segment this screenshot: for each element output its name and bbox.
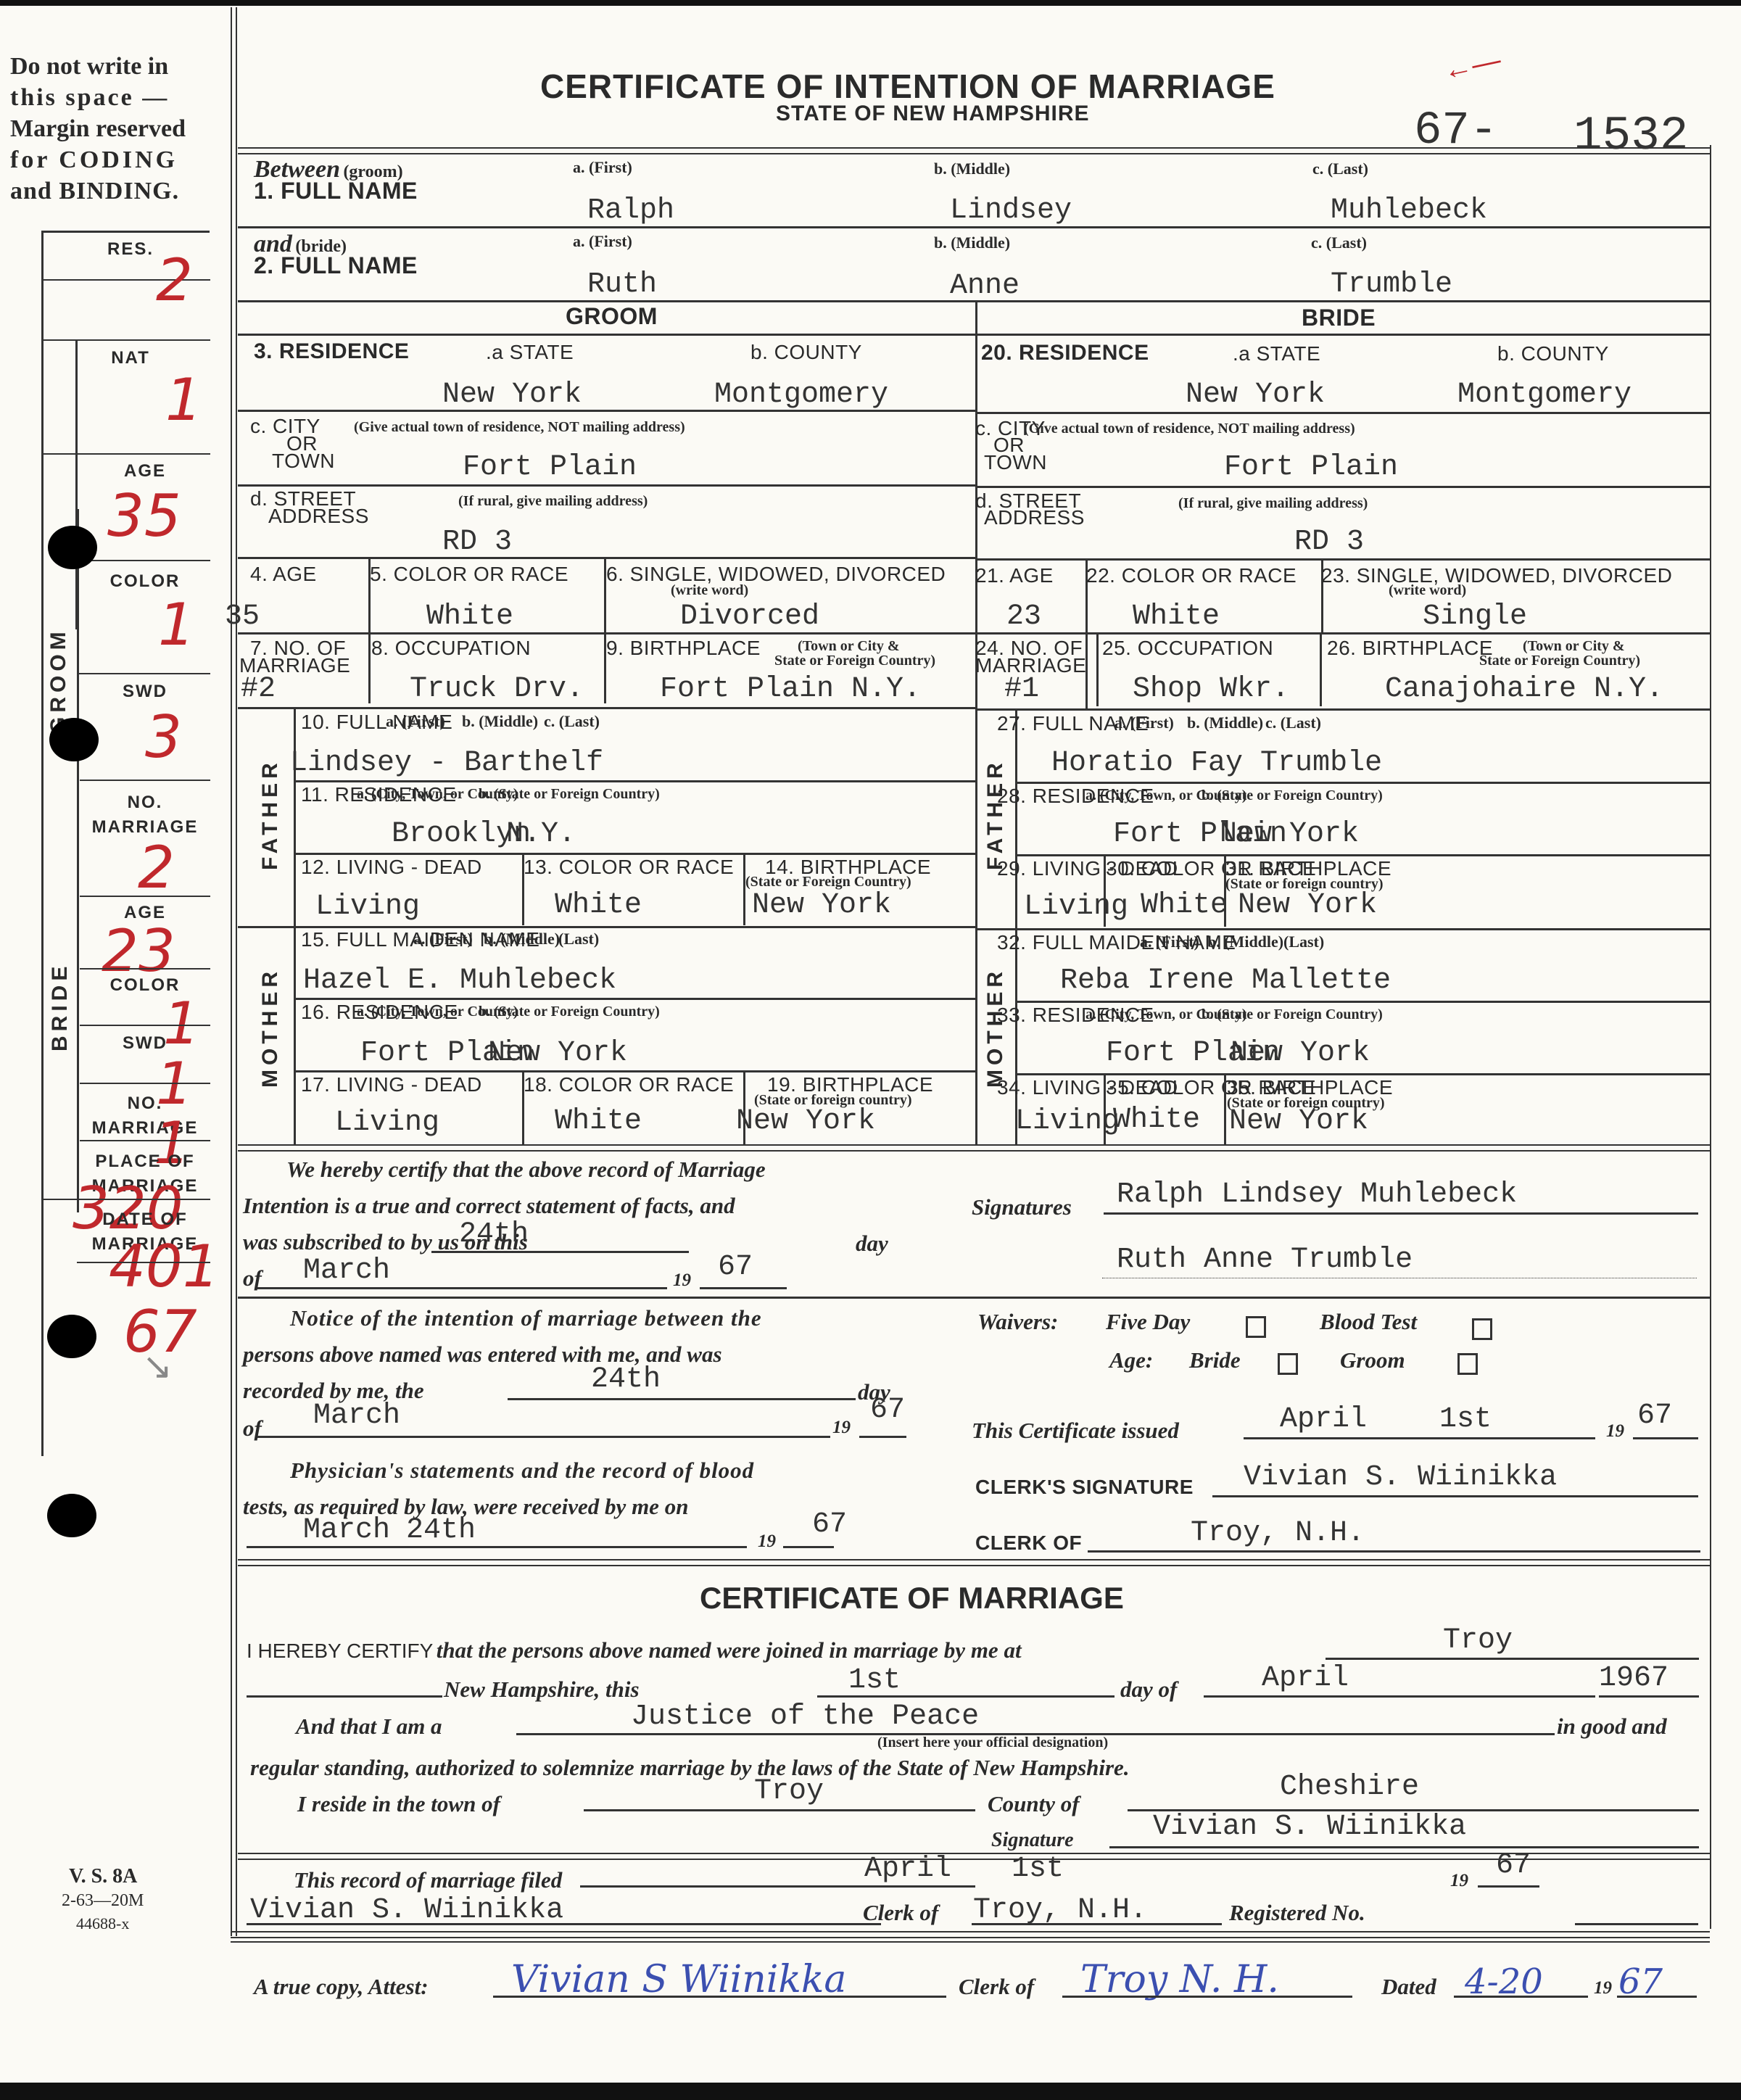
residence-b-label: b. (State or Foreign Country) — [1202, 1006, 1383, 1023]
fill-line — [1088, 1550, 1700, 1553]
issuance-month: April — [1280, 1403, 1367, 1436]
section-rule — [231, 1941, 1710, 1943]
issuance-text: 19 — [1606, 1421, 1624, 1442]
coding-label-groom-color: COLOR — [73, 571, 218, 592]
certification-text: 19 — [673, 1270, 691, 1291]
first-label: a. (First) — [1115, 714, 1174, 732]
bride-age-label: 21. AGE — [975, 564, 1054, 587]
groom-occupation-label: 8. OCCUPATION — [371, 637, 531, 660]
middle-label: b. (Middle) — [1207, 933, 1283, 951]
bride-residence-state: New York — [1186, 379, 1325, 411]
row-rule — [238, 632, 977, 634]
fill-line — [1204, 1695, 1595, 1698]
coding-label-bride-swd: SWD — [73, 1033, 218, 1054]
filing-clerk-town: Troy, N.H. — [973, 1894, 1147, 1927]
marriage-place: Troy — [1443, 1624, 1513, 1657]
residence-b-label: b. (State or Foreign Country) — [479, 1004, 660, 1020]
notice-day: 24th — [591, 1363, 661, 1396]
waiver-groom-label: Groom — [1340, 1347, 1405, 1373]
groom-race: White — [426, 600, 513, 633]
row-rule — [1015, 782, 1710, 784]
row-rule — [238, 557, 977, 559]
attest-dated-label: Dated — [1381, 1974, 1436, 2000]
row-rule — [294, 853, 977, 855]
groom-residence-county: Montgomery — [714, 379, 888, 411]
row-rule — [238, 226, 1710, 228]
signature-line — [493, 1996, 946, 1998]
check-mark-icon: ↘ — [142, 1345, 173, 1387]
fill-line — [257, 1436, 830, 1438]
fill-line — [1617, 1996, 1697, 1998]
waiver-bride-checkbox[interactable] — [1278, 1353, 1298, 1375]
first-label: a. (First) — [386, 712, 445, 731]
groom-race-label: 5. COLOR OR RACE — [370, 563, 568, 586]
fill-line — [972, 1923, 1222, 1925]
notice-text: 19 — [832, 1418, 851, 1438]
marriage-cert-text: that the persons above named were joined… — [437, 1637, 1022, 1663]
fill-line — [783, 1546, 834, 1548]
filing-clerk-name: Vivian S. Wiinikka — [250, 1894, 563, 1927]
punch-hole — [49, 718, 99, 761]
physician-month: March — [303, 1514, 390, 1547]
bride-full-name-label: 2. FULL NAME — [254, 252, 418, 279]
fill-line — [247, 1546, 747, 1548]
groom-father-living: Living — [315, 890, 420, 923]
marriage-year: 1967 — [1599, 1662, 1668, 1695]
officiant-designation: Justice of the Peace — [631, 1700, 979, 1733]
bride-marital-status-label: 23. SINGLE, WIDOWED, DIVORCED — [1321, 564, 1672, 587]
street-note: (If rural, give mailing address) — [1178, 495, 1368, 512]
coding-label-groom-swd: SWD — [73, 682, 218, 702]
fill-line — [1454, 1996, 1588, 1998]
bride-occupation: Shop Wkr. — [1133, 673, 1289, 706]
form-code: V. S. 8A — [69, 1865, 137, 1888]
attest-signature: Vivian S Wiinikka — [511, 1958, 846, 2001]
signatures-label: Signatures — [972, 1194, 1072, 1220]
groom-mother-living: Living — [335, 1107, 439, 1139]
waiver-blood-test-checkbox[interactable] — [1472, 1318, 1492, 1340]
margin-bride-label: BRIDE — [48, 962, 73, 1051]
frame-border — [1710, 145, 1711, 1929]
cell-divider — [1096, 634, 1099, 706]
marriage-cert-text: in good and — [1557, 1714, 1667, 1740]
fill-line — [584, 1809, 975, 1811]
punch-hole — [48, 526, 97, 569]
bride-residence-county: Montgomery — [1457, 379, 1632, 411]
last-label: c. (Last) — [1265, 714, 1321, 732]
signature-line — [1102, 1278, 1697, 1280]
coding-value-groom-color: 1 — [158, 591, 195, 658]
cell-divider — [1320, 634, 1322, 706]
scan-top-edge — [0, 0, 1741, 6]
groom-street-address: RD 3 — [442, 526, 512, 558]
middle-label: b. (Middle) — [462, 712, 538, 731]
filing-label: This record of marriage filed — [294, 1867, 562, 1893]
margin-notice-line: Do not write in — [10, 51, 220, 82]
residence-b-label: b. (State or Foreign Country) — [479, 786, 660, 803]
last-label: (Last) — [558, 930, 599, 948]
fill-line — [1633, 1437, 1698, 1439]
filing-text: 19 — [1450, 1871, 1468, 1891]
margin-rule — [77, 673, 210, 674]
bride-first-name: Ruth — [587, 268, 657, 301]
page-subtitle: STATE OF NEW HAMPSHIRE — [776, 102, 1090, 126]
groom-mother-race: White — [555, 1105, 642, 1138]
bride-marital-status: Single — [1423, 600, 1527, 633]
city-note: (Give actual town of residence, NOT mail… — [354, 419, 685, 436]
clerk-of-label: CLERK OF — [975, 1531, 1082, 1555]
row-rule — [238, 300, 1710, 302]
groom-age-label: 4. AGE — [250, 563, 317, 586]
marriage-cert-text: I reside in the town of — [297, 1791, 500, 1817]
certification-month: March — [303, 1254, 390, 1287]
signature-line — [1109, 1846, 1699, 1848]
certification-text: Intention is a true and correct statemen… — [243, 1193, 735, 1219]
waivers-label: Waivers: — [977, 1309, 1058, 1335]
groom-father-race-label: 13. COLOR OR RACE — [524, 856, 734, 879]
page-title: CERTIFICATE OF INTENTION OF MARRIAGE — [540, 67, 1275, 106]
coding-value-groom-age: 35 — [107, 482, 181, 550]
clerk-signature-label: CLERK'S SIGNATURE — [975, 1476, 1194, 1499]
groom-mother-race-label: 18. COLOR OR RACE — [524, 1073, 734, 1096]
attest-text: 19 — [1594, 1978, 1612, 1998]
waiver-groom-checkbox[interactable] — [1457, 1353, 1478, 1375]
fill-line — [247, 1923, 881, 1925]
state-foreign-note: (State or Foreign Country) — [745, 874, 911, 890]
first-label: a. (First) — [1140, 933, 1199, 951]
coding-value-nat: 1 — [165, 366, 202, 434]
issuance-day: 1st — [1439, 1403, 1492, 1436]
section-rule — [238, 1144, 1710, 1152]
groom-marital-status: Divorced — [680, 600, 819, 633]
officiant-signature: Vivian S. Wiinikka — [1153, 1811, 1466, 1843]
groom-marital-status-label: 6. SINGLE, WIDOWED, DIVORCED — [606, 563, 946, 586]
fill-line — [1599, 1695, 1699, 1698]
coding-value-groom-swd: 3 — [145, 703, 182, 771]
fill-line — [257, 1287, 667, 1289]
groom-father-living-label: 12. LIVING - DEAD — [301, 856, 482, 879]
margin-notice-line: this space — — [10, 82, 220, 113]
row-rule — [977, 632, 1710, 634]
bride-mother-name-label: 32. FULL MAIDEN NAME — [997, 931, 1236, 954]
physician-day: 24th — [406, 1514, 476, 1547]
groom-father-label: FATHER — [258, 758, 283, 870]
waiver-age-label: Age: — [1109, 1347, 1153, 1373]
notice-year: 67 — [870, 1394, 905, 1426]
last-label: (Last) — [1283, 933, 1324, 951]
filing-year: 67 — [1496, 1849, 1531, 1882]
margin-rule — [77, 1262, 210, 1263]
filing-month: April — [864, 1853, 951, 1885]
first-label: a. (First) — [413, 930, 473, 948]
margin-notice-line: for CODING — [10, 144, 220, 175]
groom-last-name: Muhlebeck — [1331, 194, 1487, 227]
signature-line — [1104, 1212, 1698, 1215]
row-rule — [238, 484, 977, 487]
groom-age: 35 — [225, 600, 260, 633]
record-number: 1532 — [1573, 109, 1688, 163]
middle-label: b. (Middle) — [484, 930, 560, 948]
fill-line — [1326, 1658, 1699, 1660]
filing-clerk-of-label: Clerk of — [863, 1900, 938, 1926]
filing-day: 1st — [1012, 1853, 1064, 1885]
birthplace-note: State or Foreign Country) — [774, 653, 935, 669]
physician-year: 67 — [812, 1508, 847, 1541]
coding-label-nat: NAT — [58, 348, 203, 368]
row-rule — [294, 998, 977, 1000]
row-rule — [294, 780, 977, 782]
form-number: 44688-x — [76, 1914, 129, 1933]
groom-mother-name: Hazel E. Muhlebeck — [303, 964, 616, 997]
coding-value-res: 2 — [156, 247, 193, 314]
address-label: ADDRESS — [268, 505, 369, 528]
groom-first-name: Ralph — [587, 194, 674, 227]
marriage-certificate-title: CERTIFICATE OF MARRIAGE — [700, 1581, 1124, 1616]
row-rule — [1015, 854, 1710, 856]
certification-day: 24th — [459, 1218, 529, 1251]
waiver-five-day-checkbox[interactable] — [1246, 1316, 1266, 1338]
margin-notice-line: and BINDING. — [10, 175, 220, 207]
registered-number-label: Registered No. — [1229, 1900, 1365, 1926]
bride-last-name: Trumble — [1331, 268, 1452, 301]
officiant-county: Cheshire — [1280, 1771, 1419, 1803]
margin-rule — [44, 339, 210, 341]
bride-mother-residence-state: New York — [1231, 1037, 1370, 1070]
row-rule — [238, 1297, 1710, 1299]
waiver-blood-test-label: Blood Test — [1320, 1309, 1417, 1335]
town-label: TOWN — [272, 450, 335, 473]
bride-mother-birthplace: New York — [1229, 1105, 1368, 1138]
bride-residence-label: 20. RESIDENCE — [981, 341, 1149, 365]
groom-residence-city: Fort Plain — [463, 451, 637, 484]
groom-father-residence-state: N.Y. — [506, 818, 576, 851]
waiver-bride-label: Bride — [1189, 1347, 1241, 1373]
margin-rule — [80, 1083, 210, 1084]
frame-border — [231, 7, 232, 1936]
bride-middle-name: Anne — [950, 270, 1020, 302]
cell-divider — [1224, 1073, 1226, 1146]
bride-father-residence-state: New York — [1220, 818, 1359, 851]
groom-father-race: White — [555, 889, 642, 922]
groom-father-name: Lindsey - Barthelf — [290, 747, 603, 780]
margin-rule — [77, 560, 210, 561]
groom-column-heading: GROOM — [566, 303, 658, 330]
designation-note: (Insert here your official designation) — [877, 1735, 1108, 1751]
groom-signature: Ralph Lindsey Muhlebeck — [1117, 1178, 1517, 1211]
margin-rule — [80, 896, 210, 897]
state-label: .a STATE — [1233, 342, 1320, 365]
attest-clerk-town: Troy N. H. — [1080, 1958, 1279, 2001]
bride-race: White — [1133, 600, 1220, 633]
write-word-note: (write word) — [671, 582, 748, 599]
coding-value-date-of-marriage: 401 — [109, 1233, 220, 1300]
section-rule — [238, 1853, 1710, 1860]
groom-middle-name: Lindsey — [950, 194, 1072, 227]
fill-line — [1575, 1923, 1698, 1925]
coding-value-groom-marriage-no: 2 — [138, 834, 175, 901]
notice-month: March — [313, 1400, 400, 1432]
bride-father-label: FATHER — [983, 758, 1008, 870]
scan-bottom-edge — [0, 2083, 1741, 2100]
row-rule — [238, 707, 977, 709]
hereby-certify-caps: I HEREBY CERTIFY — [247, 1640, 433, 1662]
officiant-town: Troy — [754, 1775, 824, 1808]
groom-marriage-number: #2 — [241, 673, 276, 706]
row-rule — [1015, 1073, 1710, 1075]
middle-label: b. (Middle) — [934, 233, 1010, 252]
residence-b-label: b. (State or Foreign Country) — [1202, 787, 1383, 804]
section-rule — [238, 1559, 1710, 1566]
attest-clerk-of-label: Clerk of — [959, 1974, 1034, 2000]
groom-mother-residence-state: New York — [488, 1037, 627, 1070]
frame-border — [236, 7, 237, 1936]
arrow-mark-icon: ←— — [1440, 44, 1504, 88]
fill-line — [431, 1251, 689, 1253]
row-rule — [1015, 1001, 1710, 1003]
coding-label-bride-marriage-no: NO. MARRIAGE — [73, 1091, 218, 1141]
margin-rule — [80, 780, 210, 781]
bride-father-birthplace: New York — [1238, 889, 1377, 922]
row-rule — [238, 410, 977, 412]
bride-age: 23 — [1006, 600, 1041, 633]
birthplace-note: State or Foreign Country) — [1479, 653, 1640, 669]
clerk-of-town: Troy, N.H. — [1191, 1517, 1365, 1550]
margin-rule — [80, 1025, 210, 1026]
town-label: TOWN — [984, 451, 1047, 474]
street-note: (If rural, give mailing address) — [458, 493, 648, 510]
city-note: (Give actual town of residence, NOT mail… — [1024, 421, 1355, 437]
county-label: b. COUNTY — [750, 341, 862, 364]
notice-text: Notice of the intention of marriage betw… — [290, 1305, 762, 1331]
write-word-note: (write word) — [1389, 582, 1466, 599]
address-label: ADDRESS — [984, 506, 1085, 529]
row-rule — [977, 708, 1710, 711]
clerk-signature: Vivian S. Wiinikka — [1244, 1461, 1557, 1494]
row-rule — [977, 486, 1710, 488]
groom-mother-label: MOTHER — [258, 967, 283, 1088]
first-label: a. (First) — [573, 232, 632, 251]
row-rule — [294, 1070, 977, 1072]
margin-rule — [80, 968, 210, 970]
bride-mother-race: White — [1113, 1104, 1200, 1136]
fill-line — [508, 1398, 856, 1400]
issuance-label: This Certificate issued — [972, 1418, 1179, 1444]
margin-rule — [41, 231, 210, 233]
last-label: c. (Last) — [1312, 160, 1368, 178]
coding-label-groom-marriage-no: NO. MARRIAGE — [73, 790, 218, 840]
section-rule — [231, 1931, 1710, 1938]
middle-label: b. (Middle) — [1187, 714, 1263, 732]
margin-rule — [80, 1140, 210, 1141]
groom-residence-state: New York — [442, 379, 582, 411]
groom-mother-birthplace: New York — [736, 1105, 875, 1138]
coding-label-groom-age: AGE — [73, 461, 218, 481]
marriage-month: April — [1262, 1662, 1349, 1695]
physician-text: 19 — [758, 1531, 776, 1552]
last-label: c. (Last) — [544, 712, 600, 731]
officiant-signature-label: Signature — [991, 1829, 1074, 1852]
fill-line — [1244, 1437, 1595, 1439]
row-rule — [977, 928, 1710, 930]
fill-line — [247, 1695, 442, 1698]
groom-mother-living-label: 17. LIVING - DEAD — [301, 1073, 482, 1096]
groom-birthplace-label: 9. BIRTHPLACE — [606, 637, 761, 660]
bride-mother-label: MOTHER — [983, 967, 1008, 1088]
bride-marriage-number: #1 — [1004, 673, 1039, 706]
marriage-day: 1st — [848, 1664, 901, 1697]
groom-father-birthplace: New York — [752, 889, 891, 922]
fill-line — [1478, 1885, 1539, 1888]
waiver-five-day-label: Five Day — [1106, 1309, 1190, 1335]
margin-notice: Do not write in this space — Margin rese… — [10, 51, 220, 207]
fill-line — [580, 1885, 975, 1888]
margin-rule — [44, 453, 210, 455]
issuance-year: 67 — [1637, 1400, 1672, 1432]
groom-full-name-label: 1. FULL NAME — [254, 178, 418, 204]
marriage-cert-text: County of — [988, 1791, 1080, 1817]
certification-year: 67 — [718, 1251, 753, 1283]
groom-residence-label: 3. RESIDENCE — [254, 339, 409, 364]
bride-signature: Ruth Anne Trumble — [1117, 1244, 1413, 1276]
row-rule — [977, 412, 1710, 414]
attest-label: A true copy, Attest: — [254, 1974, 429, 2000]
groom-birthplace: Fort Plain N.Y. — [660, 673, 921, 706]
fill-line — [1062, 1996, 1352, 1998]
marriage-cert-text: regular standing, authorized to solemniz… — [250, 1755, 1130, 1781]
margin-rule — [44, 1199, 210, 1200]
bride-street-address: RD 3 — [1294, 526, 1364, 558]
bride-birthplace-label: 26. BIRTHPLACE — [1327, 637, 1493, 660]
punch-hole — [47, 1494, 96, 1537]
bride-race-label: 22. COLOR OR RACE — [1086, 564, 1297, 587]
signature-line — [1212, 1495, 1698, 1497]
first-label: a. (First) — [573, 158, 632, 177]
bride-father-name: Horatio Fay Trumble — [1051, 747, 1382, 780]
bride-occupation-label: 25. OCCUPATION — [1102, 637, 1273, 660]
county-label: b. COUNTY — [1497, 342, 1609, 365]
groom-occupation: Truck Drv. — [410, 673, 584, 706]
state-label: .a STATE — [486, 341, 574, 364]
middle-label: b. (Middle) — [934, 160, 1010, 178]
physician-text: Physician's statements and the record of… — [290, 1458, 754, 1484]
header-rule — [238, 147, 1710, 154]
row-rule — [238, 334, 1710, 336]
margin-border — [41, 231, 44, 1456]
form-print-code: 2-63—20M — [62, 1891, 144, 1911]
bride-column-heading: BRIDE — [1302, 305, 1376, 331]
bride-father-living: Living — [1024, 890, 1128, 923]
fill-line — [859, 1436, 906, 1438]
marriage-cert-text: New Hampshire, this — [444, 1677, 640, 1703]
fill-line — [700, 1287, 787, 1289]
marriage-cert-text: And that I am a — [296, 1714, 442, 1740]
certification-text: day — [856, 1231, 888, 1257]
bride-mother-name: Reba Irene Mallette — [1060, 964, 1391, 997]
marriage-cert-line-1: I HEREBY CERTIFY that the persons above … — [247, 1637, 1022, 1663]
marriage-cert-text: day of — [1120, 1677, 1177, 1703]
margin-notice-line: Margin reserved — [10, 113, 220, 144]
last-label: c. (Last) — [1311, 233, 1367, 252]
bride-birthplace: Canajohaire N.Y. — [1385, 673, 1663, 706]
bride-residence-city: Fort Plain — [1224, 451, 1398, 484]
bride-father-race: White — [1141, 889, 1228, 922]
certification-text: We hereby certify that the above record … — [286, 1157, 766, 1183]
punch-hole — [47, 1315, 96, 1358]
